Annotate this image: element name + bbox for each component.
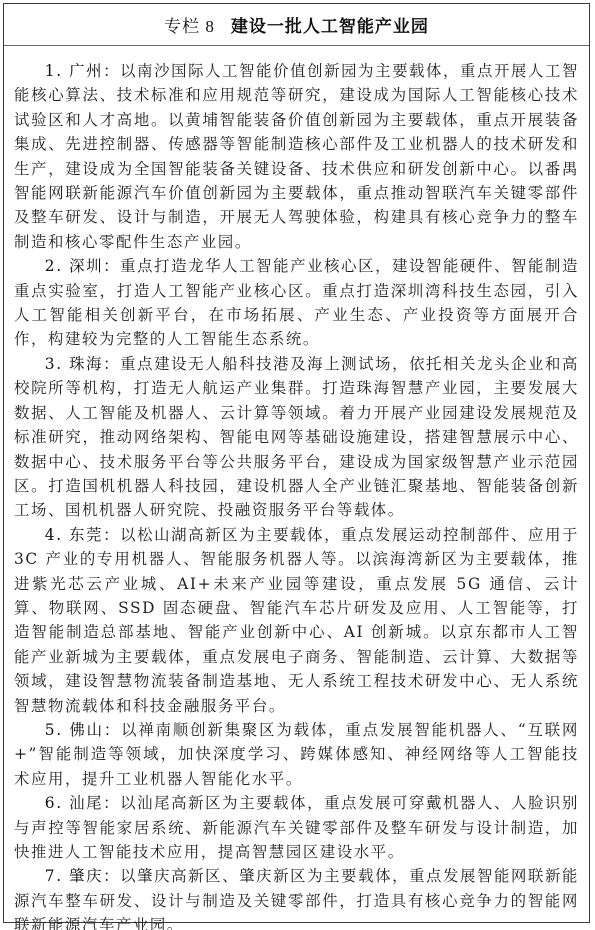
paragraph-foshan: 5. 佛山：以禅南顺创新集聚区为载体，重点发展智能机器人、“互联网+”智能制造等… xyxy=(14,718,579,791)
paragraph-lead: 4. 东莞： xyxy=(45,526,120,544)
paragraph-shanwei: 6. 汕尾：以汕尾高新区为主要载体，重点发展可穿戴机器人、人脸识别与声控等智能家… xyxy=(14,791,579,864)
paragraph-zhaoqing: 7. 肇庆：以肇庆高新区、肇庆新区为主要载体，重点发展智能网联新能源汽车整车研发… xyxy=(14,864,579,930)
paragraph-text: 重点建设无人船科技港及海上测试场，依托相关龙头企业和高校院所等机构，打造无人航运… xyxy=(14,355,579,519)
paragraph-lead: 1. 广州： xyxy=(45,62,120,80)
paragraph-zhuhai: 3. 珠海：重点建设无人船科技港及海上测试场，依托相关龙头企业和高校院所等机构，… xyxy=(14,352,579,523)
paragraph-shenzhen: 2. 深圳：重点打造龙华人工智能产业核心区，建设智能硬件、智能制造重点实验室，打… xyxy=(14,254,579,352)
box-title-prefix: 专栏 8 xyxy=(164,17,215,36)
paragraph-lead: 5. 佛山： xyxy=(45,721,121,739)
paragraph-lead: 2. 深圳： xyxy=(45,257,120,275)
paragraph-dongguan: 4. 东莞：以松山湖高新区为主要载体，重点发展运动控制部件、应用于 3C 产业的… xyxy=(14,523,579,718)
paragraph-guangzhou: 1. 广州：以南沙国际人工智能价值创新园为主要载体，重点开展人工智能核心算法、技… xyxy=(14,59,579,254)
box-body: 1. 广州：以南沙国际人工智能价值创新园为主要载体，重点开展人工智能核心算法、技… xyxy=(4,46,589,930)
box-header: 专栏 8建设一批人工智能产业园 xyxy=(4,4,589,46)
feature-box: 专栏 8建设一批人工智能产业园 1. 广州：以南沙国际人工智能价值创新园为主要载… xyxy=(3,3,590,923)
box-title-text: 建设一批人工智能产业园 xyxy=(231,17,429,37)
paragraph-text: 以松山湖高新区为主要载体，重点发展运动控制部件、应用于 3C 产业的专用机器人、… xyxy=(14,526,579,715)
box-title: 专栏 8建设一批人工智能产业园 xyxy=(164,12,429,37)
paragraph-text: 以南沙国际人工智能价值创新园为主要载体，重点开展人工智能核心算法、技术标准和应用… xyxy=(14,62,579,251)
paragraph-lead: 7. 肇庆： xyxy=(45,867,120,885)
paragraph-lead: 3. 珠海： xyxy=(45,355,120,373)
paragraph-lead: 6. 汕尾： xyxy=(45,794,120,812)
